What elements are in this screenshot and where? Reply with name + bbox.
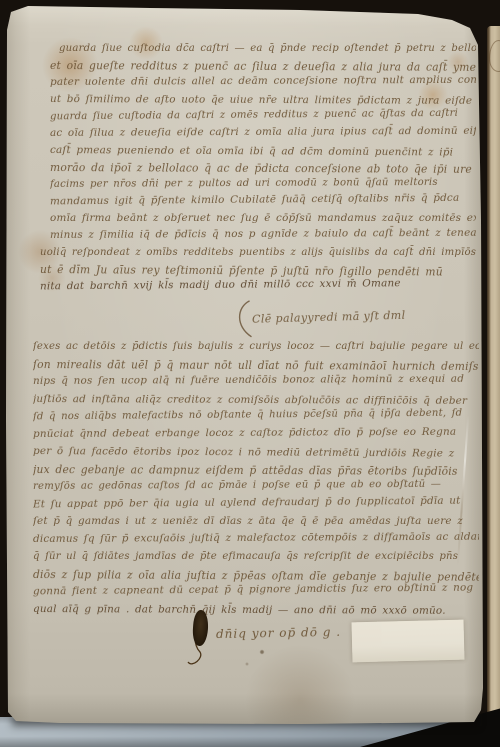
paper-patch: [352, 620, 465, 663]
notary-signature: dn̄iq yor op̄ dō g .: [184, 604, 364, 666]
manuscript-line: Et ſu appat ppō ber q̄ia ugia ul aylend …: [33, 492, 479, 513]
manuscript-line: ſd q̄ nos aliq̄bs malefactibs nō obſtant…: [33, 405, 479, 426]
manuscript-page: guarda ſiue cuſtodia dc̄a caſtri — ea q̄…: [0, 0, 486, 727]
manuscript-line: ſet p̄ q̄ gamdas i ut z ueniēz dī dīas z…: [33, 513, 479, 531]
manuscript-line: minus z ſimilia iq̄ de p̄dīcis q̄ nos p …: [50, 225, 476, 244]
manuscript-line: nita dat barchn̄ xvij kl̄s madij duo dn̄…: [40, 275, 476, 296]
text-block-2: ſexes ac detōis z p̄dictis ſuis bajulis …: [33, 338, 479, 618]
manuscript-line: pnūciat q̄nnd debeat erbange locoz z caſ…: [33, 423, 479, 443]
manuscript-line: dicamus ſq ſūr p̄ excuſaōis juſtiq̄ z ma…: [33, 528, 479, 548]
note-bracket-icon: [234, 299, 253, 339]
manuscript-line: ac oīa ſilua z deueſia eiſde caſtri z om…: [50, 123, 476, 142]
signature-text: dn̄iq yor op̄ dō g .: [216, 625, 341, 641]
manuscript-line: mandamus igit q̄ p̄ſente kimilo Cubilatē…: [50, 190, 476, 211]
manuscript-line: uoliq̄ reſpondeat z omībs redditebs puen…: [40, 244, 476, 261]
manuscript-line: ſexes ac detōis z p̄dictis ſuis bajulis …: [33, 338, 479, 356]
marginal-note: Clē palayyredi mā yſt dml: [234, 295, 407, 339]
manuscript-line: pater uolente dn̄i dulcis allel ac deām …: [50, 72, 476, 91]
manuscript-line: gonnā fient z capneant dū cepat p̄ q̄ pi…: [33, 580, 479, 601]
pen-mark: [489, 40, 500, 72]
text-block-1: guarda ſiue cuſtodia dc̄a caſtri — ea q̄…: [50, 40, 476, 295]
manuscript-line: q̄ ſūr ul q̄ ſdiātes jamdīas de p̄te efi…: [33, 548, 479, 566]
manuscript-line: nips q̄ nos ſen ucop alq̄ ni fuēre uendi…: [33, 371, 479, 391]
manuscript-line: per ō ſua facēdo ētoribs ipoz locoz i nō…: [33, 443, 479, 463]
facing-page-edge: [487, 26, 500, 723]
manuscript-photo: guarda ſiue cuſtodia dc̄a caſtri — ea q̄…: [0, 0, 500, 747]
manuscript-line: guarda ſiue cuſtodia dc̄a caſtri — ea q̄…: [50, 40, 476, 57]
note-text: Clē palayyredi mā yſt dml: [252, 308, 406, 325]
